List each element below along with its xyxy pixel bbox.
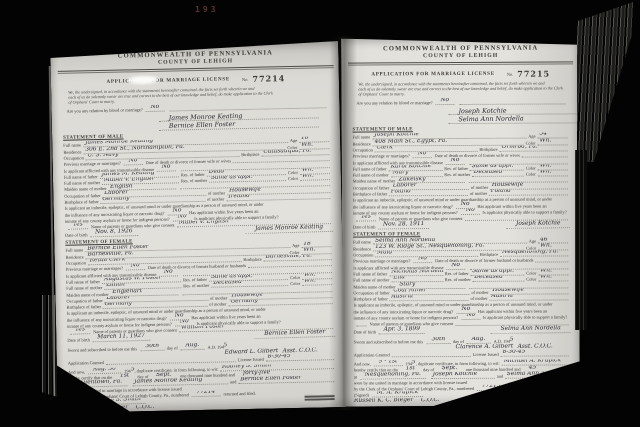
preamble-line: of Orphans' Court to marry.	[358, 91, 565, 97]
hw-date-of-birth: Nov. 28, 1911	[378, 222, 429, 230]
form-label: Full name of mother	[66, 285, 102, 291]
hw-previous-marriage: No	[413, 151, 432, 158]
form-label: Has applicant within five years been an	[477, 203, 546, 208]
hw-father-occupation: Laborer	[105, 190, 129, 197]
left-page: COMMONWEALTH OF PENNSYLVANIA COUNTY OF L…	[50, 41, 346, 413]
hw-occupation: Maid	[377, 250, 392, 256]
hw-color: Wh.	[540, 244, 552, 250]
form-label: of mother	[470, 191, 487, 196]
form-label: Res. of father	[444, 166, 468, 171]
hw-mother-birthplace: Austria	[492, 294, 514, 300]
form-row: Occupation Maid Birthplace Nesquehoning,…	[353, 250, 570, 257]
hw-groom-name: Joseph Kotchie	[433, 372, 478, 378]
page-stack-edges	[577, 2, 633, 162]
hw-bride-name: Bernice Ellen Foster	[240, 376, 301, 383]
form-label: Occupation of father	[353, 290, 389, 295]
hw-father-occupation: Coal Miner	[394, 288, 427, 294]
form-label: Previous marriage or marriages?	[353, 153, 410, 158]
divider	[348, 63, 573, 65]
relation-answer: No	[436, 98, 455, 105]
hw-support-answer: Yes	[70, 328, 90, 335]
hw-disease: No	[446, 158, 465, 165]
hw-support-answer: Yes	[68, 223, 88, 230]
form-label: Application Granted	[354, 353, 390, 358]
form-label: And now,	[68, 370, 85, 375]
hw-sworn-day: 30th	[140, 343, 164, 351]
hw-license-issued-date: 8-30-45	[268, 354, 291, 361]
form-label: Birthplace of father	[64, 199, 98, 205]
hw-birthplace: Ormrod, Pa.	[502, 145, 538, 151]
application-title: APPLICATION FOR MARRIAGE LICENSE	[106, 77, 230, 86]
hw-maiden-name: English	[110, 184, 133, 191]
form-label: Birthplace	[243, 257, 261, 262]
form-label: Full name	[63, 143, 81, 148]
hw-father-birthplace: Austria	[392, 294, 414, 300]
hw-disease: No	[157, 164, 176, 171]
form-label: Res. of mother	[183, 283, 209, 289]
number-label: No.	[507, 72, 513, 77]
hw-officiant-name: Michael A. Krupick	[504, 360, 561, 366]
form-row: Birthplace of father Poland of mother Po…	[353, 189, 570, 196]
book-gutter-shadow	[329, 36, 357, 410]
hw-color: Wh.	[540, 139, 552, 145]
applicant-signatures: James Monroe Keating Bernice Ellen Foste…	[159, 110, 331, 131]
female-statement-signature: Bernice Ellen Foster	[254, 330, 335, 339]
form-label: License Issued	[473, 352, 499, 357]
hw-license-number-ref: 77214	[192, 389, 221, 397]
hw-mother-occupation: Housewife	[492, 183, 524, 189]
form-label: Application Granted	[68, 360, 104, 366]
hw-sworn-day: 30th	[426, 337, 450, 344]
statement-heading: STATEMENT OF FEMALE	[353, 231, 570, 237]
form-label: Is applicant physically able to support …	[482, 209, 566, 214]
statement-of-male: STATEMENT OF MALE Full name James Monroe…	[63, 130, 333, 238]
form-label: Res. of father	[183, 277, 207, 282]
hw-cert-date: 9 - 1st	[374, 360, 403, 367]
form-label: Full name of mother	[353, 278, 389, 283]
hw-father-residence: Same as appl.	[473, 269, 515, 275]
clerk-title: C.O.C.	[136, 405, 155, 411]
hw-father-color: Wh.	[302, 168, 314, 174]
form-label: Sworn and subscribed to before me this	[354, 339, 424, 344]
application-title-line: APPLICATION FOR MARRIAGE LICENSE No. 772…	[352, 70, 569, 78]
form-label: Birthplace of father	[353, 297, 387, 302]
application-form: COMMONWEALTH OF PENNSYLVANIA COUNTY OF L…	[341, 37, 580, 406]
form-label: of mother	[209, 302, 226, 307]
spacer	[153, 339, 254, 341]
form-label: Maiden name of mother	[353, 284, 395, 289]
hw-mother-occupation: Housewife	[493, 288, 525, 294]
statement-of-female: STATEMENT OF FEMALE Full name Bernice El…	[65, 235, 335, 343]
form-label: Color	[526, 277, 536, 282]
hw-birthplace: Catasauqua, Pa.	[263, 149, 311, 156]
form-label: Birthplace of father	[67, 304, 101, 310]
hw-mother-occupation: Housewife	[231, 292, 263, 299]
form-label: day of	[167, 345, 178, 350]
hw-sworn-year: 5	[224, 343, 228, 349]
blank-line	[536, 262, 569, 263]
officer-row: Clarence A. Gilbert Asst. C.O.C.	[354, 343, 571, 351]
relation-question: Are you any relation by blood or marriag…	[67, 107, 143, 114]
hw-maiden-name: Zukelsky	[399, 177, 426, 183]
form-label: Full name of father	[353, 166, 387, 171]
form-label: at	[68, 382, 71, 387]
hw-mother-residence: Same as appl.	[211, 175, 253, 182]
form-label: of mother	[470, 296, 487, 301]
hw-father-residence: Same as appl.	[472, 164, 514, 170]
form-label: Previous marriage or marriages?	[353, 259, 410, 264]
hw-bride-name: Selma Ann Nordella	[507, 372, 567, 378]
relation-answer: No	[146, 105, 165, 112]
form-label: Res. of mother	[181, 178, 207, 184]
form-label: Is applicant an imbecile, epileptic, of …	[353, 302, 552, 308]
cert-row: were by me united in marriage in accorda…	[354, 378, 571, 385]
hw-birthplace: Nesquehoning, Pa.	[502, 250, 558, 256]
form-label: Full name of father	[353, 271, 387, 276]
hw-occupation: U. S. Navy	[88, 153, 119, 160]
hw-mother-name: Lillian	[106, 283, 125, 289]
form-label: Color	[290, 281, 300, 286]
form-label: License Issued	[238, 357, 264, 363]
sworn-section: Sworn and subscribed to before me this 3…	[354, 336, 571, 358]
hw-father-color: Wh.	[540, 164, 552, 170]
statement-of-male: STATEMENT OF MALE Full name Joseph Kotch…	[353, 126, 571, 229]
hw-date-of-birth: March 11, 1927	[93, 334, 151, 343]
form-label: and	[230, 379, 236, 384]
form-label: Has applicant within five years been an	[478, 308, 547, 313]
form-label: of mother	[208, 190, 225, 195]
form-label: Residence	[66, 254, 84, 259]
hw-mother-birthplace: Poland	[491, 189, 511, 195]
hw-father-color: Wh.	[540, 269, 552, 275]
hw-mother-birthplace: Germany	[230, 299, 257, 306]
hw-birthplace: Barnesville, Pa.	[266, 254, 312, 261]
form-label: Date of birth	[67, 337, 90, 342]
hw-father-name: Nicholas Nordella	[391, 269, 443, 275]
preamble: We, the undersigned, in accordance with …	[358, 81, 565, 97]
form-label: Occupation of father	[64, 193, 100, 199]
female-applicant-signature: Selma Ann Nordella	[458, 116, 523, 123]
hw-mother-residence: Deceased	[474, 170, 503, 176]
form-label: of mother	[207, 196, 224, 201]
form-label: Birthplace	[241, 152, 259, 157]
form-row: Occupation Clerk Birthplace Ormrod, Pa.	[353, 145, 570, 152]
form-label: Age	[529, 239, 536, 244]
hw-occupation: Clerk	[377, 145, 393, 151]
hw-disease: No	[159, 269, 178, 276]
hw-full-name: Joseph Kotchie	[374, 132, 419, 139]
hw-residence: 408 Main St., Egypt, Pa.	[375, 139, 448, 146]
hw-residence: 123 W. Ridge St., Nesquehoning, Pa.	[375, 244, 484, 251]
form-label: Birthplace of father	[353, 191, 387, 196]
hw-color: Wh.	[303, 248, 315, 254]
hw-date-of-birth: Nov. 8, 1926	[90, 229, 138, 237]
form-label: returned and filed.	[509, 385, 541, 390]
form-label: day of	[453, 339, 464, 344]
form-label: Birthplace	[480, 252, 498, 257]
hw-mother-color: Wh.	[302, 174, 314, 180]
license-number: 77214	[252, 75, 285, 82]
hw-license-issued-date: 8-30-45	[503, 350, 526, 356]
hw-mother-name: Ella	[393, 276, 405, 282]
hw-previous-marriage: No	[124, 158, 143, 165]
right-page: COMMONWEALTH OF PENNSYLVANIA COUNTY OF L…	[341, 37, 580, 406]
form-label: Occupation of father	[353, 185, 389, 190]
form-label: Occupation	[66, 260, 86, 265]
hw-father-birthplace: Germany	[103, 196, 130, 203]
application-title: APPLICATION FOR MARRIAGE LICENSE	[371, 71, 495, 78]
form-label: Full name of father	[64, 174, 98, 180]
hw-inmate-answer: No	[461, 313, 480, 320]
form-label: of mother	[471, 290, 488, 295]
form-label: Age	[292, 243, 299, 248]
form-label: Age	[528, 134, 535, 139]
form-label: Is applicant an imbecile, epileptic, of …	[353, 197, 552, 203]
sworn-section: Sworn and subscribed to before me this 3…	[67, 340, 335, 366]
form-label: A.D. 194	[207, 344, 223, 349]
application-title-line: APPLICATION FOR MARRIAGE LICENSE No. 772…	[62, 74, 330, 86]
form-label: Maiden name of mother	[64, 186, 106, 192]
relation-question: Are you any relation by blood or marriag…	[356, 100, 432, 105]
officiant-signed-signature: M. A. Krupick	[372, 390, 423, 397]
form-label: Age	[290, 138, 297, 143]
form-label: of mother	[210, 295, 227, 300]
hw-mother-color: Wh.	[540, 170, 552, 176]
hw-father-residence: Dead	[209, 169, 225, 175]
form-label: inmate of any county asylum or home for …	[353, 315, 458, 321]
hw-father-birthplace: Germany	[105, 302, 132, 309]
form-label: Date of birth	[65, 232, 88, 237]
form-label: Color	[288, 170, 298, 175]
clerk-signature: Russell K. C. Bieger	[354, 398, 413, 404]
relation-question-row: Are you any relation by blood or marriag…	[356, 98, 567, 106]
hw-mother-birthplace: Ireland	[228, 194, 250, 201]
hw-previous-marriage: No	[413, 257, 432, 264]
granted-row: Application Granted License Issued 8-30-…	[354, 350, 571, 358]
hw-age: 46	[540, 238, 548, 243]
form-label: Res. of father	[445, 271, 469, 276]
form-label: Color	[526, 172, 536, 177]
cert-row: at Nesquehoning, Pa. Joseph Kotchie and …	[354, 372, 571, 379]
hw-age: 18	[301, 136, 309, 142]
hw-maiden-name: Stary	[400, 282, 416, 288]
hw-father-birthplace: Poland	[391, 189, 411, 195]
hw-mother-color: Wh.	[304, 279, 316, 285]
hw-consent: William Foster	[181, 325, 225, 332]
hw-marriage-place: Nesquehoning, Pa.	[360, 372, 426, 379]
commonwealth-heading: COMMONWEALTH OF PENNSYLVANIA	[352, 44, 569, 52]
hw-mother-name: Mary	[393, 170, 409, 176]
form-label: Full name of mother	[353, 172, 389, 177]
male-applicant-signature: Joseph Kotchie	[458, 107, 506, 114]
license-number: 77215	[517, 71, 550, 78]
application-form: COMMONWEALTH OF PENNSYLVANIA COUNTY OF L…	[50, 41, 346, 413]
applicant-signatures: Joseph Kotchie Selma Ann Nordella	[448, 106, 569, 124]
female-applicant-signature: Bernice Ellen Foster	[169, 121, 236, 129]
hw-mother-occupation: Housewife	[229, 187, 261, 194]
affidavit-paragraph: Is applicant an imbecile, epileptic, of …	[353, 195, 570, 221]
hw-disease: No	[447, 263, 466, 270]
affidavit-paragraph: Is applicant an imbecile, epileptic, of …	[353, 301, 570, 327]
hw-father-residence: Same as appl.	[211, 274, 253, 281]
form-label: of mother	[471, 185, 488, 190]
hw-maiden-name: Englehart	[113, 289, 143, 296]
hw-father-occupation: Laborer	[107, 295, 131, 302]
male-statement-signature: Joseph Kotchie	[505, 221, 570, 229]
form-label: Full name of mother	[64, 180, 100, 186]
hw-father-occupation: Laborer	[393, 183, 417, 189]
form-label: the influence of any intoxicating liquor…	[353, 309, 453, 315]
form-label: and	[497, 373, 503, 378]
hw-sworn-month: Aug.	[467, 336, 491, 343]
form-row: Date of birth Apr. 3, 1899 Selma Ann Nor…	[354, 326, 571, 335]
hw-license-number-ref: 77215	[477, 384, 506, 391]
form-label: Color	[288, 176, 298, 181]
hw-father-name: Karol Kotchie	[390, 164, 431, 170]
hw-inmate-answer: No	[461, 208, 480, 215]
form-label: Birthplace	[479, 147, 497, 152]
hw-date-of-birth: Apr. 3, 1899	[379, 327, 426, 334]
form-label: Full name	[65, 248, 83, 253]
hw-mother-residence: Deceased	[475, 275, 504, 281]
hw-mother-color: Wh.	[540, 275, 552, 281]
form-label: the influence of any intoxicating liquor…	[353, 204, 453, 210]
form-label: Maiden name of mother	[353, 179, 395, 184]
form-label: Occupation of father	[66, 298, 102, 304]
certificate-section: And now, Aug. 30 194 5 , duplicate certi…	[68, 363, 337, 412]
film-frame-number: 193	[195, 5, 218, 14]
hw-support-answer: Yes	[356, 215, 376, 222]
hw-previous-marriage: No	[126, 264, 145, 271]
form-label: returned and filed.	[223, 391, 255, 397]
male-statement-signature: James Monroe Keating	[245, 225, 333, 235]
hw-age: 18	[303, 241, 311, 247]
form-label: Maiden name of mother	[66, 291, 108, 297]
hw-father-color: Wh.	[304, 273, 316, 279]
hw-sworn-month: Aug.	[181, 343, 205, 351]
form-label: Is applicant physically able to support …	[483, 314, 567, 319]
page-stack-side	[575, 150, 587, 330]
statement-heading: STATEMENT OF MALE	[353, 126, 570, 132]
hw-consent: Mabel V. English	[178, 219, 228, 226]
hw-color: Wh.	[301, 143, 313, 149]
form-row: Date of birth Nov. 28, 1911 Joseph Kotch…	[353, 221, 570, 230]
form-label: Res. of father	[181, 172, 205, 177]
hw-full-name: Selma Ann Nordella	[375, 238, 435, 245]
form-row: Birthplace of father Austria of mother A…	[353, 294, 570, 301]
hw-mother-residence: Deceased	[213, 280, 242, 287]
county-heading: COUNTY OF LEHIGH	[352, 52, 569, 59]
female-statement-signature: Selma Ann Nordella	[490, 326, 570, 334]
form-label: Color	[526, 165, 536, 170]
form-label: Occupation	[63, 155, 83, 160]
form-label: Color	[526, 271, 536, 276]
hw-marriage-place: Allentown, Pa.	[74, 379, 127, 387]
clerk-title: C.O.C.	[421, 398, 440, 404]
statement-of-female: STATEMENT OF FEMALE Full name Selma Ann …	[353, 231, 571, 334]
spacer	[141, 234, 245, 236]
hw-occupation: Retail Clerk	[90, 258, 126, 265]
form-label: Residence	[63, 149, 81, 154]
form-label: Full name of father	[66, 279, 100, 285]
microfilm-photo: 193 COMMONWEALTH OF PENNSYLVANIA COUNTY …	[0, 0, 640, 427]
number-label: No.	[242, 77, 249, 82]
hw-age: 34	[540, 132, 548, 137]
hw-residence: Barnesville, Pa.	[88, 251, 134, 258]
form-label: were by me united in marriage in accorda…	[354, 380, 467, 386]
form-label: Color	[290, 275, 300, 280]
